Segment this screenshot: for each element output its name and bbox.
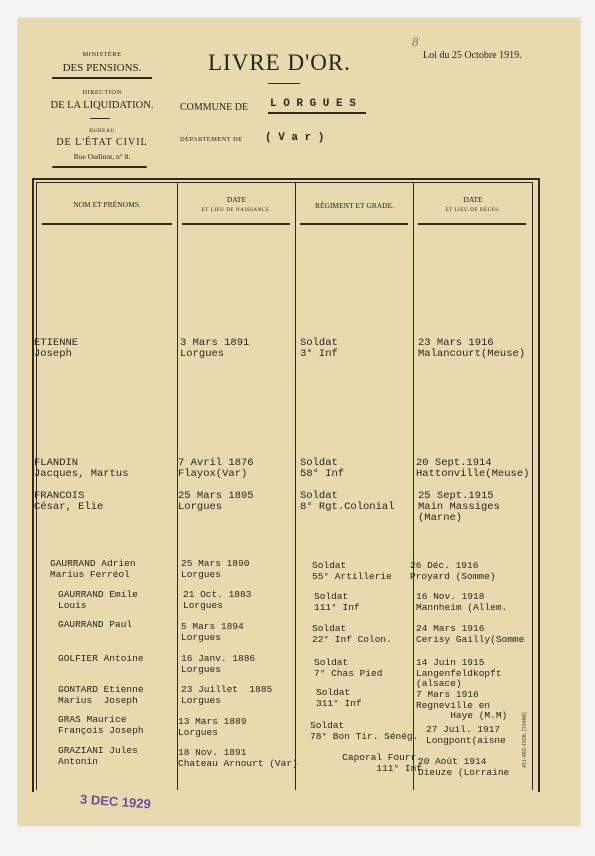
cell-name: ETIENNE Joseph (34, 338, 78, 360)
address: Rue Oudinot, n° 8. (52, 152, 152, 161)
column-header-death: DATE (414, 195, 532, 204)
cell-name: GAURRAND Adrien Marius Ferréol (50, 559, 136, 580)
cell-death: 26 Déc. 1916 Proyard (Somme) (410, 561, 496, 582)
cell-death: 20 Août 1914 Dieuze (Lorraine (418, 757, 509, 778)
cell-regiment: Soldat 311° Inf (316, 688, 362, 709)
cell-death: 24 Mars 1916 Cerisy Gailly(Somme (416, 624, 524, 645)
cell-name: GAURRAND Emile Louis (58, 590, 138, 611)
header-rule (418, 223, 526, 225)
commune-value: L O R G U E S (270, 98, 356, 110)
cell-regiment: Soldat 8° Rgt.Colonial (300, 491, 395, 513)
date-stamp: 3 DEC 1929 (80, 792, 152, 812)
cell-name: GRAS Maurice François Joseph (58, 715, 144, 736)
cell-birth: 7 Avril 1876 Flayox(Var) (178, 458, 254, 480)
cell-regiment: Soldat 111° Inf (314, 592, 360, 613)
cell-regiment: Soldat 78° Bon Tir. Sénég. (310, 721, 418, 742)
column-header-name: NOM ET PRÉNOMS. (38, 200, 176, 209)
table-inner-border (36, 182, 533, 183)
cell-regiment: Soldat 55° Artillerie (312, 561, 392, 582)
cell-death: 25 Sept.1915 Main Massiges (Marne) (418, 491, 500, 524)
table-inner-border (532, 182, 533, 790)
printer-mark: 411-485-1928. [33488] (522, 712, 528, 768)
commune-label: COMMUNE DE (180, 102, 248, 113)
column-separator (413, 182, 414, 790)
document-page: MINISTÈRE DES PENSIONS. DIRECTION DE LA … (18, 18, 580, 826)
direction-label: DIRECTION (52, 89, 152, 96)
cell-name: GONTARD Etienne Marius Joseph (58, 685, 144, 706)
cell-birth: 5 Mars 1894 Lorgues (181, 622, 244, 643)
direction-name: DE LA LIQUIDATION. (38, 100, 166, 111)
law-reference: Loi du 25 Octobre 1919. (423, 50, 522, 61)
cell-regiment: Soldat 3° Inf (300, 338, 338, 360)
cell-death: 7 Mars 1916 Regneville en Haye (M.M) (416, 690, 507, 722)
cell-birth: 3 Mars 1891 Lorgues (180, 338, 249, 360)
divider (90, 118, 110, 119)
cell-regiment: Caporal Fourr. 111° Inf (262, 753, 422, 774)
cell-birth: 23 Juillet 1885 Lorgues (181, 685, 272, 706)
handwritten-mark: 8 (412, 34, 419, 50)
departement-label: DÉPARTEMENT DE (180, 136, 242, 143)
header-rule (182, 223, 290, 225)
column-header-regiment: RÉGIMENT ET GRADE. (296, 201, 413, 210)
cell-birth: 25 Mars 1890 Lorgues (181, 559, 249, 580)
column-header-birth: DATE (178, 195, 295, 204)
column-header-birth-sub: ET LIEU DE NAISSANCE. (178, 208, 295, 213)
commune-underline (268, 112, 366, 114)
cell-death: 14 Juin 1915 Langenfeldkopft (alsace) (416, 658, 502, 690)
divider (52, 77, 152, 79)
departement-value: ( V a r ) (265, 132, 324, 144)
cell-regiment: Soldat 22° Inf Colon. (312, 624, 392, 645)
column-header-death-sub: ET LIEU DE DÉCÈS. (414, 208, 532, 213)
cell-death: 20 Sept.1914 Hattonville(Meuse) (416, 458, 529, 480)
column-separator (295, 182, 296, 790)
divider (52, 166, 147, 168)
cell-death: 23 Mars 1916 Malancourt(Meuse) (418, 338, 525, 360)
column-separator (177, 182, 178, 790)
cell-birth: 21 Oct. 1883 Lorgues (183, 590, 251, 611)
page-title: LIVRE D'OR. (208, 50, 351, 76)
divider (268, 83, 300, 84)
cell-name: GOLFIER Antoine (58, 654, 144, 665)
cell-regiment: Soldat 7° Chas Pied (314, 658, 382, 679)
cell-death: 16 Nov. 1918 Mannheim (Allem. (416, 592, 507, 613)
cell-regiment: Soldat 58° Inf (300, 458, 344, 480)
cell-name: GAURRAND Paul (58, 620, 132, 631)
cell-name: FRANCOIS César, Elie (34, 491, 103, 513)
ministry-label: MINISTÈRE (52, 51, 152, 58)
cell-death: 27 Juil. 1917 Longpont(aisne (426, 725, 506, 746)
cell-birth: 25 Mars 1895 Lorgues (178, 491, 254, 513)
cell-name: GRAZIANI Jules Antonin (58, 746, 138, 767)
bureau-label: BUREAU (52, 128, 152, 134)
cell-name: FLANDIN Jacques, Martus (34, 458, 129, 480)
header-rule (42, 223, 172, 225)
table-inner-border (36, 182, 37, 790)
cell-birth: 13 Mars 1889 Lorgues (178, 717, 246, 738)
ministry-name: DES PENSIONS. (44, 62, 160, 74)
bureau-name: DE L'ÉTAT CIVIL (42, 137, 162, 148)
cell-birth: 16 Janv. 1886 Lorgues (181, 654, 255, 675)
header-rule (300, 223, 408, 225)
